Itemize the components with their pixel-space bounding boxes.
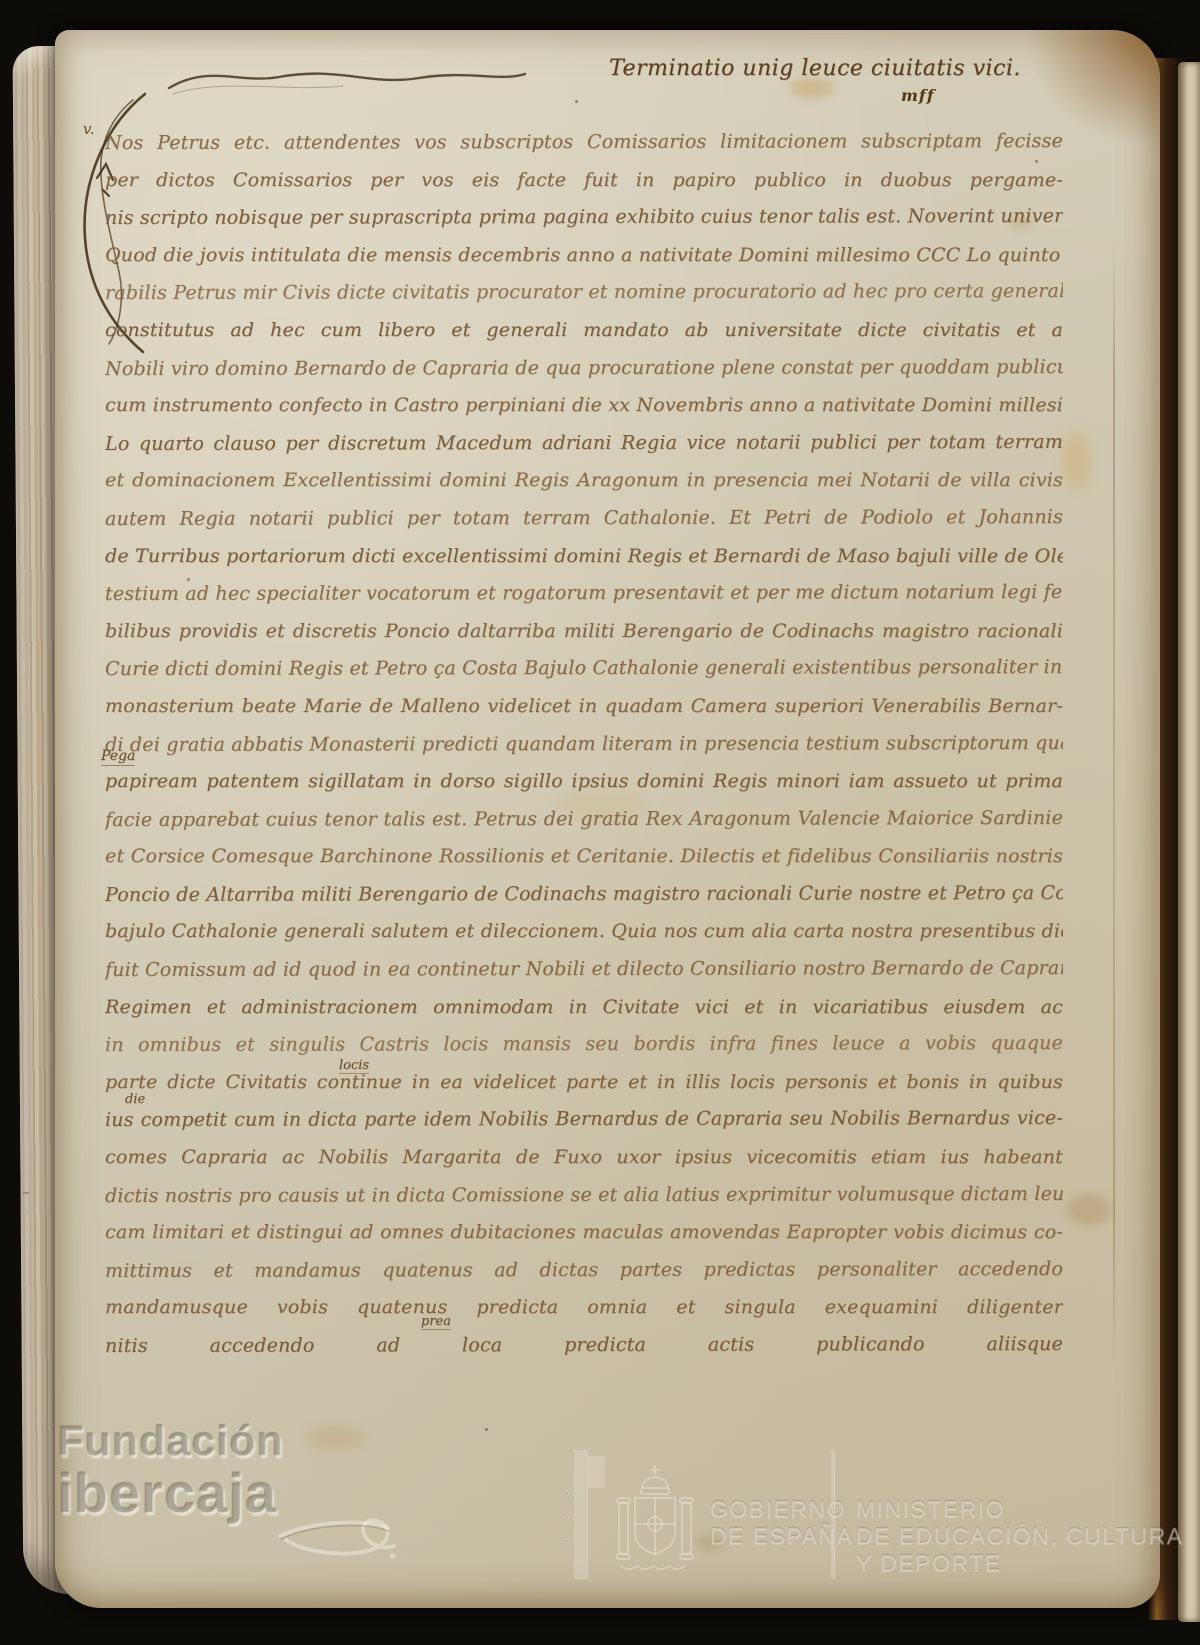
manuscript-line: bajulo Cathalonie generali salutem et di… [105, 913, 1063, 951]
edge-dash-mark: – [22, 1182, 30, 1201]
manuscript-line: nitis accedendo ad loca predicta actis p… [105, 1326, 1063, 1366]
manuscript-line: papiream patentem sigillatam in dorso si… [105, 763, 1063, 801]
margin-catchword: Pega [101, 748, 135, 766]
manuscript-line: constitutus ad hec cum libero et general… [105, 312, 1063, 350]
manuscript-line: et Corsice Comesque Barchinone Rossilion… [105, 838, 1063, 876]
manuscript-line: in omnibus et singulis Castris locis man… [105, 1025, 1063, 1065]
manuscript-line: nis scripto nobisque per suprascripta pr… [105, 198, 1063, 238]
manuscript-line: Nobili viro domino Bernardo de Capraria … [105, 349, 1063, 389]
interlinear-note: locis [339, 1058, 369, 1074]
manuscript-leaf: Terminatio unig leuce ciuitatis vici. mf… [55, 30, 1160, 1608]
manuscript-line: mandamusque vobis quatenus predicta omni… [105, 1289, 1063, 1327]
ink-speck [485, 1428, 488, 1431]
manuscript-line: cam limitari et distingui ad omnes dubit… [105, 1214, 1063, 1252]
manuscript-line: comes Capraria ac Nobilis Margarita de F… [105, 1139, 1063, 1177]
manuscript-line: Curie dicti domini Regis et Petro ça Cos… [105, 649, 1063, 689]
manuscript-line: cum instrumento confecto in Castro perpi… [105, 387, 1063, 425]
manuscript-line: Quod die jovis intitulata die mensis dec… [105, 237, 1063, 275]
manuscript-line: rabilis Petrus mir Civis dicte civitatis… [105, 273, 1063, 313]
manuscript-line: de Turribus portariorum dicti excellenti… [105, 538, 1063, 576]
manuscript-line: parte dicte Civitatis continue in ea vid… [105, 1064, 1063, 1102]
manuscript-line: Poncio de Altarriba militi Berengario de… [105, 875, 1063, 915]
manuscript-line: et dominacionem Excellentissimi domini R… [105, 462, 1063, 500]
interlinear-note: die [125, 1092, 145, 1107]
page-title: Terminatio unig leuce ciuitatis vici. [475, 56, 1155, 81]
manuscript-line: ius competit cum in dicta parte idem Nob… [105, 1100, 1063, 1140]
interlinear-note: prea [421, 1314, 451, 1330]
manuscript-line: mittimus et mandamus quatenus ad dictas … [105, 1251, 1063, 1291]
vertical-crease [1113, 240, 1115, 1370]
corner-annotation: mff [901, 86, 935, 105]
manuscript-line: Lo quarto clauso per discretum Macedum a… [105, 424, 1063, 464]
manuscript-line: per dictos Comissarios per vos eis facte… [105, 162, 1063, 200]
manuscript-line: testium ad hec specialiter vocatorum et … [105, 574, 1063, 614]
paper-stain [790, 78, 834, 98]
manuscript-line: monasterium beate Marie de Malleno videl… [105, 688, 1063, 726]
manuscript-line: Nos Petrus etc. attendentes vos subscrip… [105, 123, 1063, 163]
manuscript-line: fuit Comissum ad id quod in ea continetu… [105, 950, 1063, 990]
verso-margin-mark: v. [83, 120, 94, 138]
next-page-edge [1178, 62, 1200, 1622]
manuscript-line: bilibus providis et discretis Poncio dal… [105, 613, 1063, 651]
paper-stain [305, 1425, 365, 1451]
manuscript-scan-photo: { "document": { "header_title": "Termina… [0, 0, 1200, 1645]
manuscript-line: di dei gratia abbatis Monasterii predict… [105, 724, 1063, 764]
paper-stain [1063, 432, 1091, 490]
manuscript-text: Nos Petrus etc. attendentes vos subscrip… [105, 124, 1063, 1365]
manuscript-line: dictis nostris pro causis ut in dicta Co… [105, 1176, 1063, 1216]
paper-stain [1067, 1195, 1111, 1225]
paper-stain [695, 1535, 725, 1551]
ink-speck [575, 100, 578, 103]
manuscript-line: autem Regia notarii publici per totam te… [105, 499, 1063, 539]
manuscript-line: Regimen et administracionem omnimodam in… [105, 989, 1063, 1027]
manuscript-line: facie apparebat cuius tenor talis est. P… [105, 800, 1063, 840]
